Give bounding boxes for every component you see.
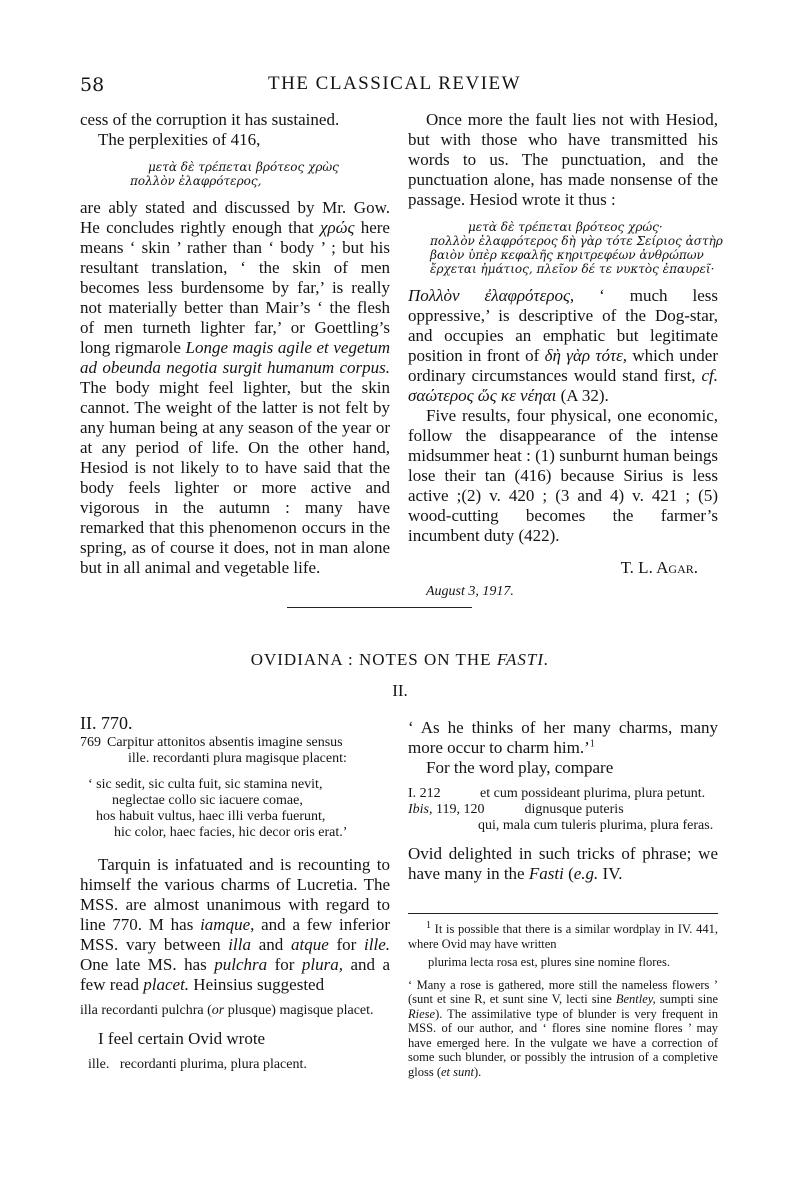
running-head: THE CLASSICAL REVIEW [268, 73, 521, 95]
greek-line: μετὰ δὲ τρέπεται βρότεος χρὼς [130, 160, 390, 174]
quoted-verses: ‘ sic sedit, sic culta fuit, sic stamina… [80, 777, 390, 841]
paragraph-ovid-wrote: I feel certain Ovid wrote [80, 1029, 390, 1049]
line-reference: II. 770. [80, 713, 390, 733]
date-line: August 3, 1917. [426, 582, 718, 602]
greek-quotation: μετὰ δὲ τρέπεται βρότεος χρὼς πολλὸν ἐλα… [130, 160, 390, 188]
author-signature: T. L. Agar. [408, 558, 718, 578]
verse-769: 769Carpitur attonitos absentis imagine s… [80, 735, 390, 767]
greek-line: ἔρχεται ἠμάτιος, πλεῖον δέ τε νυκτὸς ἐπα… [430, 262, 718, 276]
citation-ibis: Ibis, 119, 120dignusque puteris qui, mal… [408, 802, 718, 834]
footnote-text: 1 It is possible that there is a similar… [408, 922, 718, 951]
greek-line: βαιὸν ὑπὲρ κεφαλῆς κηριτρεφέων ἀνθρώπων [430, 248, 718, 262]
article-part-number: II. [0, 681, 800, 701]
greek-line: πολλὸν ἐλαφρότερος, [130, 174, 390, 188]
paragraph-pollon: Πολλὸν ἐλαφρότερος, ‘ much less oppressi… [408, 286, 718, 406]
greek-line: πολλὸν ἐλαφρότερος δὴ γὰρ τότε Σείριος ἀ… [430, 234, 718, 248]
footnote-discussion: ‘ Many a rose is gathered, more still th… [408, 978, 718, 1080]
paragraph-five-results: Five results, four physical, one economi… [408, 406, 718, 546]
paragraph-continuation: cess of the corruption it has sustained. [80, 110, 390, 130]
footnote: 1 It is possible that there is a similar… [408, 922, 718, 1079]
section-divider [287, 607, 472, 608]
paragraph-tarquin: Tarquin is infatuated and is recounting … [80, 855, 390, 995]
heinsius-conjecture: illa recordanti pulchra (or plusque) mag… [80, 1003, 390, 1019]
citation-fasti-1-212: I. 212 et cum possideant plurima, plura … [408, 786, 718, 802]
paragraph-gow: are ably stated and discussed by Mr. Gow… [80, 198, 390, 578]
greek-quotation: μετὰ δὲ τρέπεται βρότεος χρώς· πολλὸν ἐλ… [430, 220, 718, 276]
translation: ‘ As he thinks of her many charms, many … [408, 718, 718, 758]
right-column-bottom: ‘ As he thinks of her many charms, many … [408, 718, 718, 884]
page-number: 58 [80, 74, 104, 96]
paragraph-fault: Once more the fault lies not with Hesiod… [408, 110, 718, 210]
article-title: OVIDIANA : NOTES ON THE FASTI. [0, 650, 800, 670]
greek-line: μετὰ δὲ τρέπεται βρότεος χρώς· [430, 220, 718, 234]
paragraph-compare: For the word play, compare [408, 758, 718, 778]
paragraph-tricks: Ovid delighted in such tricks of phrase;… [408, 844, 718, 884]
right-column-top: Once more the fault lies not with Hesiod… [408, 110, 718, 602]
proposed-reading: ille. recordanti plurima, plura placent. [80, 1057, 390, 1073]
footnote-verse: plurima lecta rosa est, plures sine nomi… [408, 955, 718, 970]
left-column-bottom: II. 770. 769Carpitur attonitos absentis … [80, 713, 390, 1073]
left-column-top: cess of the corruption it has sustained.… [80, 110, 390, 578]
footnote-marker[interactable]: 1 [590, 738, 595, 749]
footnote-divider [408, 913, 718, 914]
paragraph-perplexities: The perplexities of 416, [80, 130, 390, 150]
greek-word: χρώς [320, 218, 354, 237]
